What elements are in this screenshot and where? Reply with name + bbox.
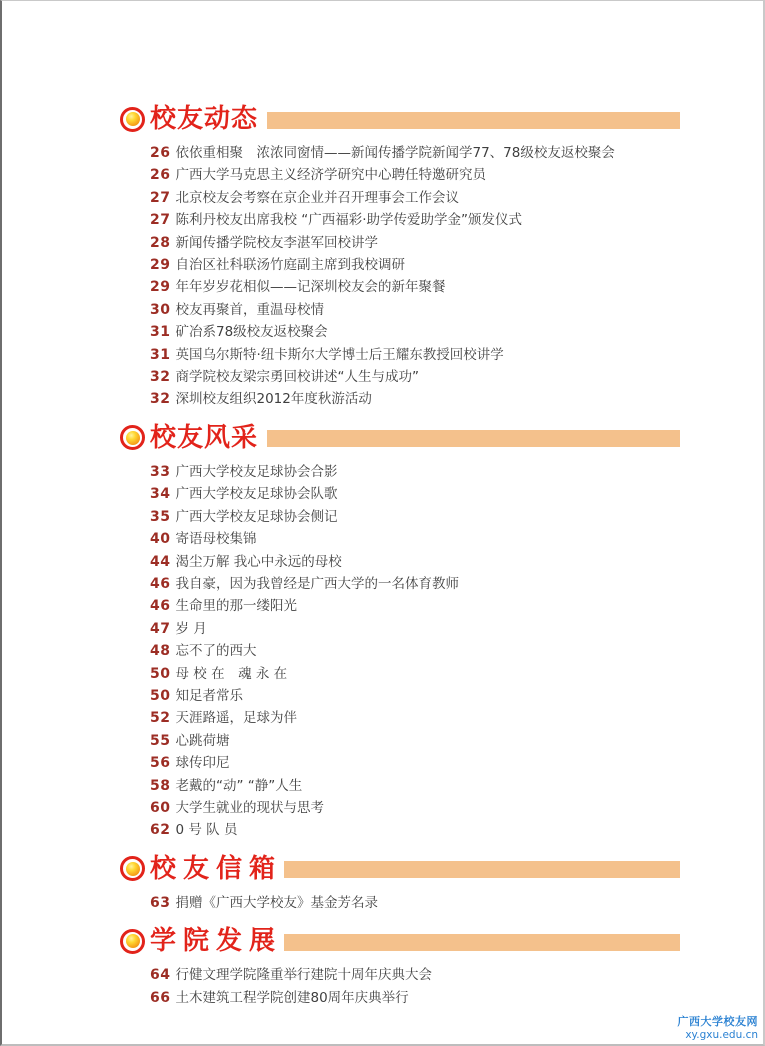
entry-page-number: 27 <box>150 209 170 231</box>
orange-dot-core <box>126 431 140 445</box>
orange-dot-core <box>126 862 140 876</box>
entry-page-number: 46 <box>150 595 170 617</box>
entry-page-number: 64 <box>150 964 170 986</box>
toc-entry: 55 心跳荷塘 <box>150 730 680 752</box>
toc-entry: 35 广西大学校友足球协会侧记 <box>150 506 680 528</box>
section-title: 校友风采 <box>150 422 258 454</box>
site-url: xy.gxu.edu.cn <box>678 1029 759 1041</box>
site-name: 广西大学校友网 <box>678 1016 759 1029</box>
entry-title: 新闻传播学院校友李湛军回校讲学 <box>175 232 378 254</box>
section-header: 学院发展 <box>120 925 680 957</box>
toc-entry: 30 校友再聚首，重温母校情 <box>150 299 680 321</box>
section-items: 63 捐赠《广西大学校友》基金芳名录 <box>120 892 680 914</box>
entry-page-number: 52 <box>150 707 170 729</box>
entry-title: 行健文理学院隆重举行建院十周年庆典大会 <box>175 964 432 986</box>
entry-page-number: 50 <box>150 685 170 707</box>
entry-page-number: 62 <box>150 819 170 841</box>
entry-title: 岁 月 <box>175 618 206 640</box>
entry-page-number: 28 <box>150 232 170 254</box>
entry-title: 球传印尼 <box>175 752 229 774</box>
orange-dot-icon <box>120 425 145 450</box>
entry-page-number: 46 <box>150 573 170 595</box>
orange-dot-core <box>126 934 140 948</box>
toc-entry: 29 自治区社科联汤竹庭副主席到我校调研 <box>150 254 680 276</box>
entry-page-number: 47 <box>150 618 170 640</box>
entry-title: 自治区社科联汤竹庭副主席到我校调研 <box>175 254 405 276</box>
entry-page-number: 32 <box>150 388 170 410</box>
entry-page-number: 29 <box>150 276 170 298</box>
toc-entry: 31 矿冶系78级校友返校聚会 <box>150 321 680 343</box>
entry-title: 天涯路遥，足球为伴 <box>175 707 297 729</box>
toc-entry: 27 北京校友会考察在京企业并召开理事会工作会议 <box>150 187 680 209</box>
toc-section-1: 校友动态 26 依依重相聚 浓浓同窗情——新闻传播学院新闻学77、78级校友返校… <box>120 103 680 411</box>
entry-page-number: 29 <box>150 254 170 276</box>
section-items: 33 广西大学校友足球协会合影 34 广西大学校友足球协会队歌 35 广西大学校… <box>120 461 680 842</box>
toc-entry: 50 母 校 在 魂 永 在 <box>150 663 680 685</box>
entry-title: 英国乌尔斯特·纽卡斯尔大学博士后王耀东教授回校讲学 <box>175 344 503 366</box>
toc-entry: 40 寄语母校集锦 <box>150 528 680 550</box>
toc-entry: 52 天涯路遥，足球为伴 <box>150 707 680 729</box>
entry-page-number: 35 <box>150 506 170 528</box>
toc-entry: 31 英国乌尔斯特·纽卡斯尔大学博士后王耀东教授回校讲学 <box>150 344 680 366</box>
section-divider-bar <box>284 934 680 951</box>
entry-title: 我自豪，因为我曾经是广西大学的一名体育教师 <box>175 573 459 595</box>
entry-title: 深圳校友组织2012年度秋游活动 <box>175 388 371 410</box>
entry-title: 渴尘万解 我心中永远的母校 <box>175 551 341 573</box>
entry-title: 老戴的“动” “静”人生 <box>175 775 302 797</box>
toc-entry: 60 大学生就业的现状与思考 <box>150 797 680 819</box>
entry-page-number: 40 <box>150 528 170 550</box>
toc-entry: 26 广西大学马克思主义经济学研究中心聘任特邀研究员 <box>150 164 680 186</box>
entry-page-number: 32 <box>150 366 170 388</box>
entry-page-number: 50 <box>150 663 170 685</box>
toc-entry: 58 老戴的“动” “静”人生 <box>150 775 680 797</box>
entry-title: 0 号 队 员 <box>175 819 237 841</box>
toc-entry: 46 生命里的那一缕阳光 <box>150 595 680 617</box>
entry-page-number: 27 <box>150 187 170 209</box>
entry-title: 母 校 在 魂 永 在 <box>175 663 287 685</box>
table-of-contents: 校友动态 26 依依重相聚 浓浓同窗情——新闻传播学院新闻学77、78级校友返校… <box>120 103 680 1020</box>
site-brand: 广西大学校友网 xy.gxu.edu.cn <box>678 1016 759 1041</box>
section-items: 26 依依重相聚 浓浓同窗情——新闻传播学院新闻学77、78级校友返校聚会 26… <box>120 142 680 411</box>
section-title: 校友信箱 <box>150 853 282 885</box>
entry-page-number: 26 <box>150 164 170 186</box>
orange-dot-icon <box>120 929 145 954</box>
magazine-toc-page: 校友动态 26 依依重相聚 浓浓同窗情——新闻传播学院新闻学77、78级校友返校… <box>0 0 765 1046</box>
orange-dot-core <box>126 112 140 126</box>
entry-title: 广西大学马克思主义经济学研究中心聘任特邀研究员 <box>175 164 486 186</box>
section-divider-bar <box>284 861 680 878</box>
toc-entry: 62 0 号 队 员 <box>150 819 680 841</box>
entry-page-number: 30 <box>150 299 170 321</box>
entry-title: 广西大学校友足球协会侧记 <box>175 506 337 528</box>
entry-title: 生命里的那一缕阳光 <box>175 595 297 617</box>
entry-page-number: 56 <box>150 752 170 774</box>
entry-page-number: 48 <box>150 640 170 662</box>
entry-page-number: 33 <box>150 461 170 483</box>
entry-page-number: 34 <box>150 483 170 505</box>
entry-page-number: 31 <box>150 321 170 343</box>
toc-entry: 32 深圳校友组织2012年度秋游活动 <box>150 388 680 410</box>
toc-entry: 47 岁 月 <box>150 618 680 640</box>
entry-page-number: 44 <box>150 551 170 573</box>
entry-title: 年年岁岁花相似——记深圳校友会的新年聚餐 <box>175 276 445 298</box>
toc-section-2: 校友风采 33 广西大学校友足球协会合影 34 广西大学校友足球协会队歌 35 … <box>120 422 680 842</box>
entry-title: 寄语母校集锦 <box>175 528 256 550</box>
section-header: 校友动态 <box>120 103 680 135</box>
orange-dot-icon <box>120 107 145 132</box>
entry-title: 捐赠《广西大学校友》基金芳名录 <box>175 892 378 914</box>
entry-title: 陈利丹校友出席我校 “广西福彩·助学传爱助学金”颁发仪式 <box>175 209 522 231</box>
entry-page-number: 26 <box>150 142 170 164</box>
toc-entry: 32 商学院校友梁宗勇回校讲述“人生与成功” <box>150 366 680 388</box>
entry-page-number: 58 <box>150 775 170 797</box>
section-items: 64 行健文理学院隆重举行建院十周年庆典大会 66 土木建筑工程学院创建80周年… <box>120 964 680 1009</box>
toc-entry: 26 依依重相聚 浓浓同窗情——新闻传播学院新闻学77、78级校友返校聚会 <box>150 142 680 164</box>
section-divider-bar <box>267 430 680 447</box>
entry-title: 广西大学校友足球协会队歌 <box>175 483 337 505</box>
section-title: 学院发展 <box>150 925 282 957</box>
entry-title: 北京校友会考察在京企业并召开理事会工作会议 <box>175 187 459 209</box>
entry-page-number: 66 <box>150 987 170 1009</box>
section-header: 校友信箱 <box>120 853 680 885</box>
section-title: 校友动态 <box>150 103 258 135</box>
entry-page-number: 31 <box>150 344 170 366</box>
entry-title: 商学院校友梁宗勇回校讲述“人生与成功” <box>175 366 419 388</box>
entry-title: 矿冶系78级校友返校聚会 <box>175 321 327 343</box>
entry-title: 土木建筑工程学院创建80周年庆典举行 <box>175 987 408 1009</box>
entry-page-number: 63 <box>150 892 170 914</box>
toc-entry: 50 知足者常乐 <box>150 685 680 707</box>
toc-entry: 66 土木建筑工程学院创建80周年庆典举行 <box>150 987 680 1009</box>
toc-entry: 63 捐赠《广西大学校友》基金芳名录 <box>150 892 680 914</box>
toc-entry: 44 渴尘万解 我心中永远的母校 <box>150 551 680 573</box>
entry-title: 心跳荷塘 <box>175 730 229 752</box>
toc-section-3: 校友信箱 63 捐赠《广西大学校友》基金芳名录 <box>120 853 680 914</box>
entry-title: 校友再聚首，重温母校情 <box>175 299 324 321</box>
entry-page-number: 60 <box>150 797 170 819</box>
toc-entry: 46 我自豪，因为我曾经是广西大学的一名体育教师 <box>150 573 680 595</box>
section-header: 校友风采 <box>120 422 680 454</box>
toc-entry: 27 陈利丹校友出席我校 “广西福彩·助学传爱助学金”颁发仪式 <box>150 209 680 231</box>
toc-entry: 28 新闻传播学院校友李湛军回校讲学 <box>150 232 680 254</box>
section-divider-bar <box>267 112 680 129</box>
entry-title: 依依重相聚 浓浓同窗情——新闻传播学院新闻学77、78级校友返校聚会 <box>175 142 614 164</box>
toc-section-4: 学院发展 64 行健文理学院隆重举行建院十周年庆典大会 66 土木建筑工程学院创… <box>120 925 680 1009</box>
toc-entry: 29 年年岁岁花相似——记深圳校友会的新年聚餐 <box>150 276 680 298</box>
toc-entry: 56 球传印尼 <box>150 752 680 774</box>
toc-entry: 48 忘不了的西大 <box>150 640 680 662</box>
toc-entry: 64 行健文理学院隆重举行建院十周年庆典大会 <box>150 964 680 986</box>
toc-entry: 34 广西大学校友足球协会队歌 <box>150 483 680 505</box>
entry-title: 忘不了的西大 <box>175 640 256 662</box>
entry-title: 大学生就业的现状与思考 <box>175 797 324 819</box>
entry-title: 广西大学校友足球协会合影 <box>175 461 337 483</box>
orange-dot-icon <box>120 856 145 881</box>
toc-entry: 33 广西大学校友足球协会合影 <box>150 461 680 483</box>
entry-title: 知足者常乐 <box>175 685 243 707</box>
entry-page-number: 55 <box>150 730 170 752</box>
